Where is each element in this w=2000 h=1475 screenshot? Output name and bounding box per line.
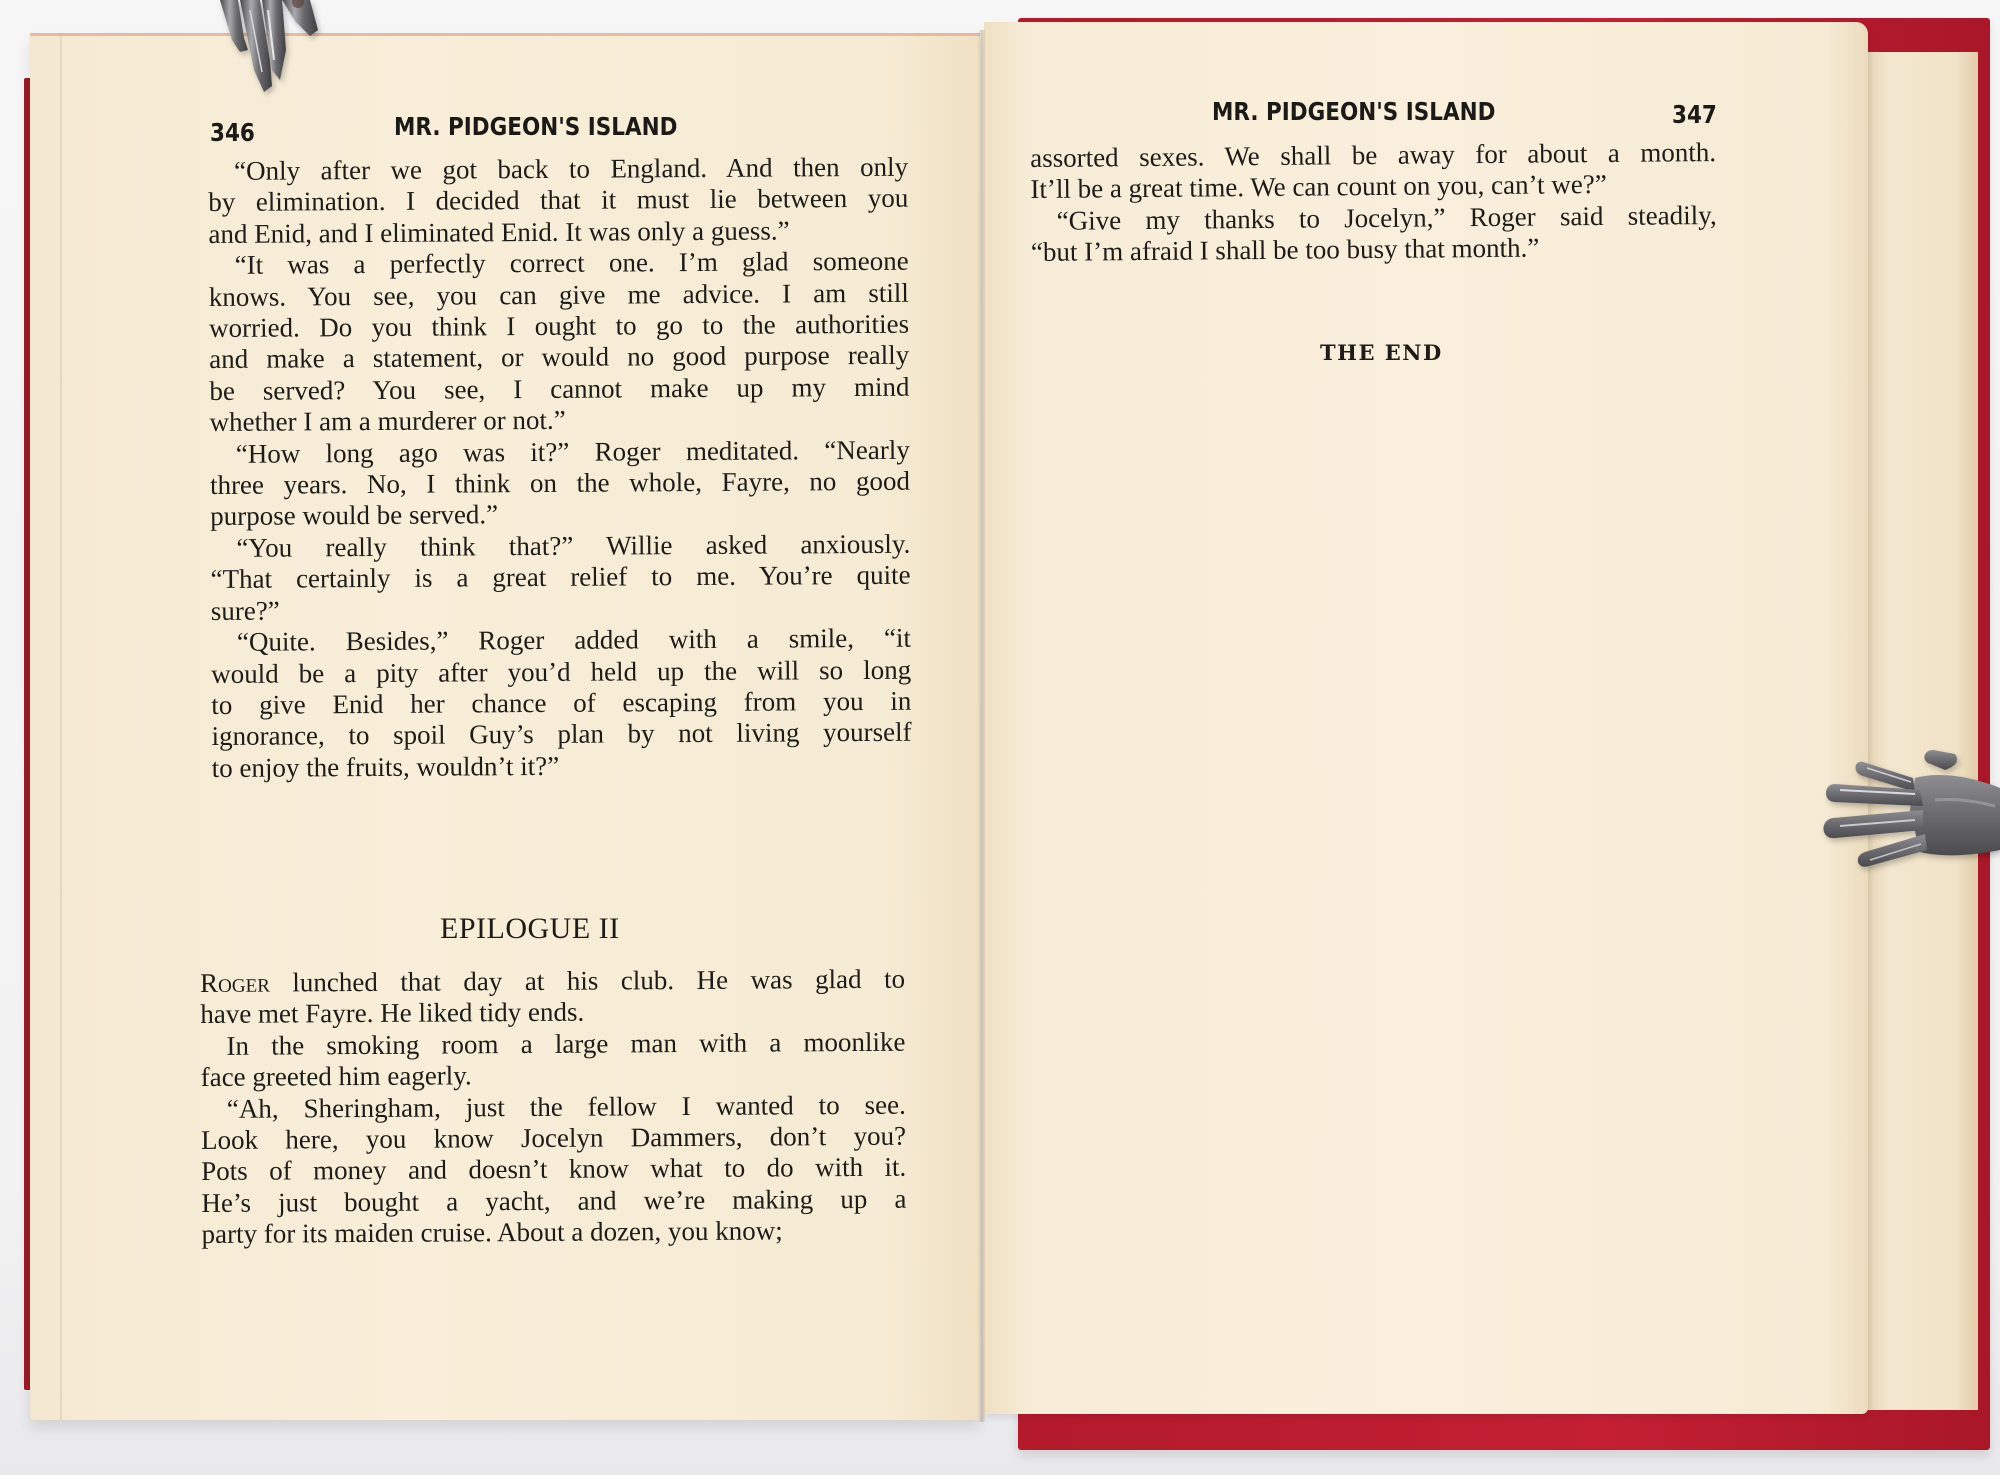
text-line: In the smoking room a large man with a m…: [200, 1027, 905, 1063]
text-line: and Enid, and I eliminated Enid. It was …: [208, 215, 908, 251]
text-line: “Ah, Sheringham, just the fellow I wante…: [201, 1089, 906, 1125]
right-page-body: assorted sexes. We shall be away for abo…: [1030, 137, 1717, 269]
page-number-left: 346: [210, 118, 255, 147]
paragraph: “Quite. Besides,” Roger added with a smi…: [211, 623, 912, 784]
text-line: assorted sexes. We shall be away for abo…: [1030, 137, 1716, 174]
text-line: “You really think that?” Willie asked an…: [210, 529, 910, 565]
left-page-body: “Only after we got back to England. And …: [208, 152, 912, 784]
text-line: would be a pity after you’d held up the …: [211, 654, 911, 690]
page-fold-line: [60, 33, 62, 1420]
text-line: three years. No, I think on the whole, F…: [210, 466, 910, 502]
paragraph: “You really think that?” Willie asked an…: [210, 529, 911, 627]
text-line: “Only after we got back to England. And …: [208, 152, 908, 188]
paragraph: “Ah, Sheringham, just the fellow I wante…: [201, 1089, 907, 1250]
text-line: “Quite. Besides,” Roger added with a smi…: [211, 623, 911, 659]
paragraph: “How long ago was it?” Roger meditated. …: [210, 434, 911, 532]
page-top-edge: [30, 33, 980, 36]
paragraph: “It was a perfectly correct one. I’m gla…: [209, 246, 910, 439]
text-line: “but I’m afraid I shall be too busy that…: [1031, 231, 1717, 268]
text-line: Pots of money and doesn’t know what to d…: [201, 1152, 906, 1188]
text-line: be served? You see, I cannot make up my …: [209, 372, 909, 408]
text-line: “Give my thanks to Jocelyn,” Roger said …: [1031, 200, 1717, 237]
paragraph: “Give my thanks to Jocelyn,” Roger said …: [1031, 200, 1718, 269]
book-gutter: [978, 30, 986, 1422]
text-line: to enjoy the fruits, wouldn’t it?”: [212, 748, 912, 784]
text-line: He’s just bought a yacht, and we’re maki…: [201, 1184, 906, 1220]
text-line: face greeted him eagerly.: [201, 1058, 906, 1094]
the-end-mark: THE END: [1320, 340, 1443, 365]
text-line: knows. You see, you can give me advice. …: [209, 277, 909, 313]
text-line: by elimination. I decided that it must l…: [208, 183, 908, 219]
text-line: sure?”: [211, 591, 911, 627]
text-line: Roger lunched that day at his club. He w…: [200, 964, 905, 1000]
paragraph: assorted sexes. We shall be away for abo…: [1030, 137, 1717, 206]
page-number-right: 347: [1672, 100, 1717, 129]
chapter-heading: EPILOGUE II: [440, 912, 620, 946]
text-line: party for its maiden cruise. About a doz…: [202, 1215, 907, 1251]
text-line: and make a statement, or would no good p…: [209, 340, 909, 376]
text-line: whether I am a murderer or not.”: [210, 403, 910, 439]
paragraph: In the smoking room a large man with a m…: [200, 1027, 905, 1094]
running-title-left: MR. PIDGEON'S ISLAND: [394, 112, 677, 141]
text-line: purpose would be served.”: [210, 497, 910, 533]
paragraph: “Only after we got back to England. And …: [208, 152, 909, 250]
flyleaf: [1866, 52, 1978, 1410]
text-line: ignorance, to spoil Guy’s plan by not li…: [211, 717, 911, 753]
hand-clip-icon: [210, 0, 320, 100]
hand-clip-icon: [1795, 740, 2000, 880]
chapter-lead-word: Roger: [200, 968, 270, 998]
paragraph: Roger lunched that day at his club. He w…: [200, 964, 905, 1031]
running-title-right: MR. PIDGEON'S ISLAND: [1212, 97, 1495, 126]
text-line: “How long ago was it?” Roger meditated. …: [210, 434, 910, 470]
text-line: to give Enid her chance of escaping from…: [211, 686, 911, 722]
chapter-body: Roger lunched that day at his club. He w…: [200, 964, 907, 1251]
text-line: “It was a perfectly correct one. I’m gla…: [209, 246, 909, 282]
text-line: Look here, you know Jocelyn Dammers, don…: [201, 1121, 906, 1157]
text-line: “That certainly is a great relief to me.…: [210, 560, 910, 596]
text-line: have met Fayre. He liked tidy ends.: [200, 995, 905, 1031]
text-line: worried. Do you think I ought to go to t…: [209, 309, 909, 345]
